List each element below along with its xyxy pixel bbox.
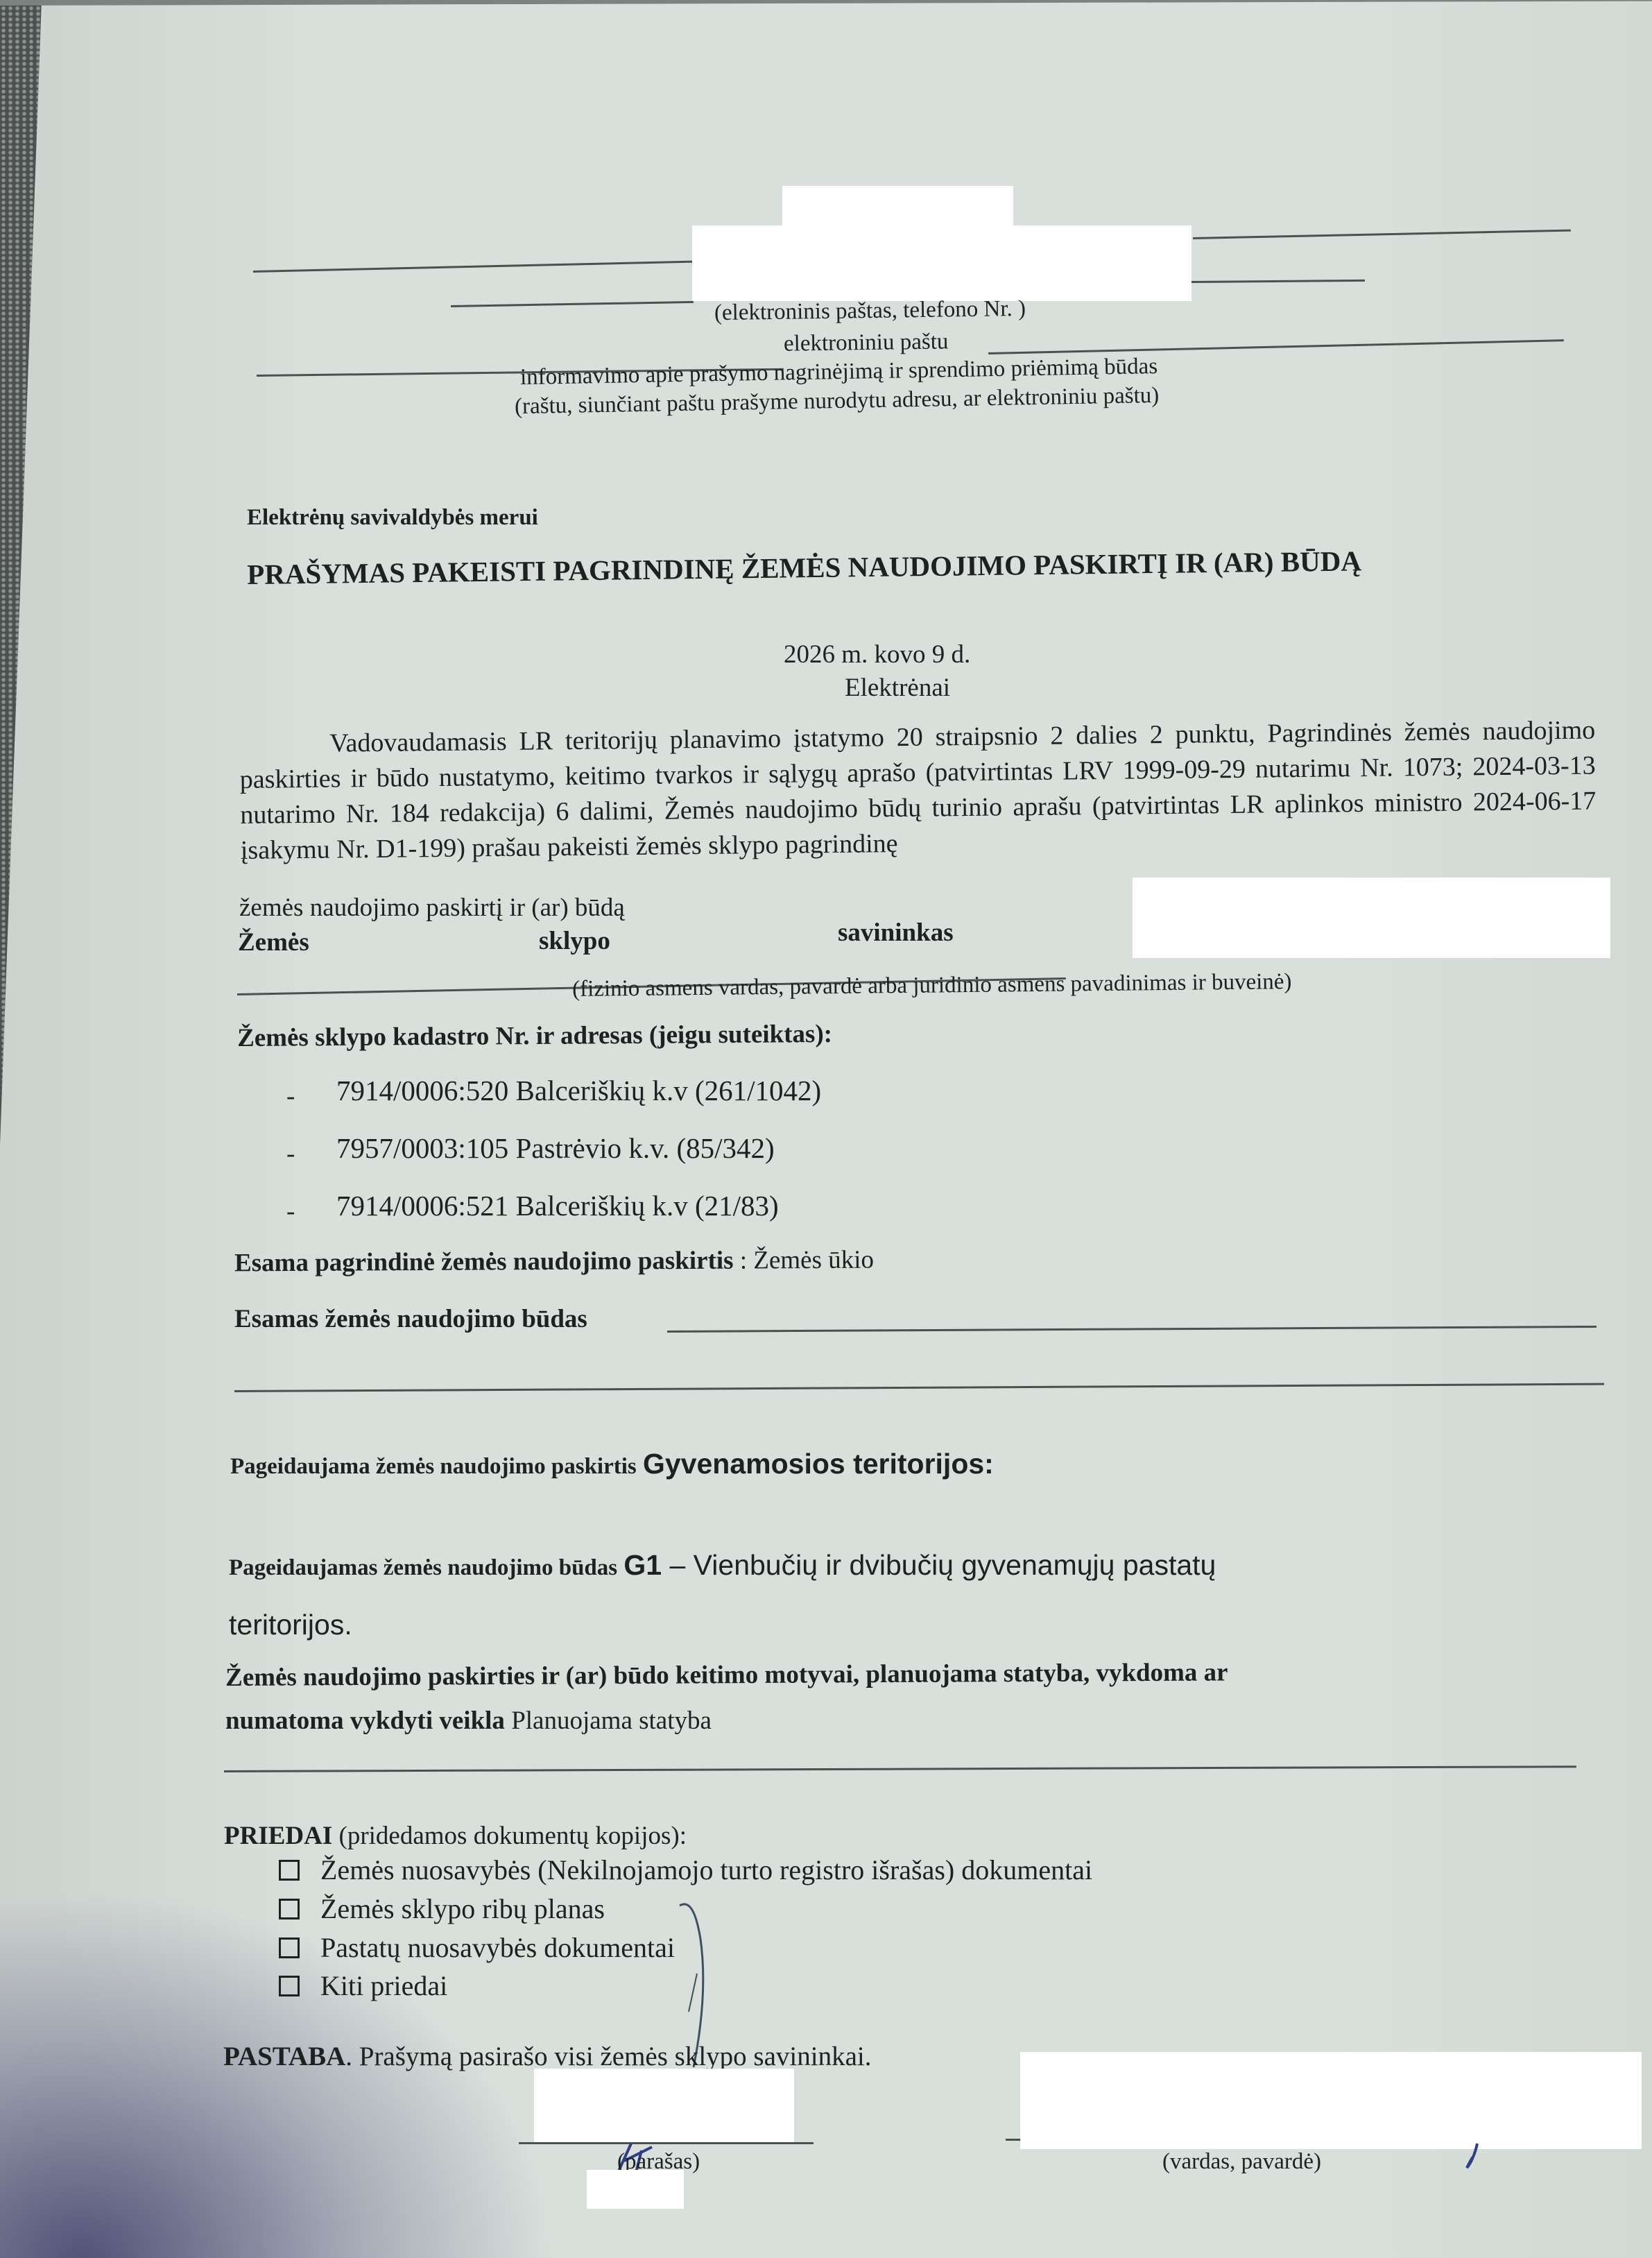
attachment-label: Žemės sklypo ribų planas [320,1893,605,1924]
attachment-item[interactable]: Pastatų nuosavybės dokumentai [279,1934,675,1962]
attachments-note: (pridedamos dokumentų kopijos): [332,1822,687,1850]
current-purpose-value: : Žemės ūkio [733,1246,874,1275]
attachment-item[interactable]: Žemės nuosavybės (Nekilnojamojo turto re… [279,1856,1092,1884]
check-mark [1460,2140,1488,2175]
redaction-box [1020,2052,1642,2149]
attachment-checkbox[interactable] [279,1860,300,1881]
note-text: . Prašymą pasirašo visi žemės sklypo sav… [345,2042,871,2071]
current-purpose: Esama pagrindinė žemės naudojimo paskirt… [234,1247,874,1276]
desired-purpose-value: Gyvenamosios teritorijos: [643,1448,994,1480]
motives-label-2: numatoma vykdyti veikla [225,1707,505,1735]
request-paragraph: Vadovaudamasis LR teritorijų planavimo į… [239,713,1597,869]
current-method-label: Esamas žemės naudojimo būdas [234,1306,587,1332]
redaction-box [534,2069,794,2144]
note-label: PASTABA [223,2042,345,2071]
owner-label-word-2: sklypo [539,928,610,954]
motives-label-1: Žemės naudojimo paskirties ir (ar) būdo … [225,1659,1228,1691]
request-paragraph-end: žemės naudojimo paskirtį ir (ar) būdą [239,895,625,921]
cadastre-label: Žemės sklypo kadastro Nr. ir adresas (je… [237,1021,832,1051]
attachment-checkbox[interactable] [279,1976,300,1996]
list-bullet: - [286,1141,295,1167]
attachment-checkbox[interactable] [279,1938,300,1958]
desired-method-value: – Vienbučių ir dvibučių gyvenamųjų pasta… [662,1549,1216,1581]
attachment-checkbox[interactable] [279,1899,300,1919]
list-bullet: - [286,1084,295,1109]
redaction-box [1133,878,1610,958]
redaction-box [782,186,1013,228]
current-purpose-label: Esama pagrindinė žemės naudojimo paskirt… [234,1247,734,1278]
owner-label-word-1: Žemės [238,930,309,955]
document-place: Elektrėnai [845,675,950,701]
cadastre-item: 7957/0003:105 Pastrėvio k.v. (85/342) [336,1134,775,1163]
document-date: 2026 m. kovo 9 d. [784,642,970,667]
delivery-method-value: elektroniniu paštu [784,330,949,355]
attachment-label: Kiti priedai [320,1970,447,2001]
cadastre-item: 7914/0006:520 Balceriškių k.v (261/1042) [336,1077,821,1105]
contact-caption: (elektroninis paštas, telefono Nr. ) [714,298,1026,325]
motives-value: Planuojama statyba [505,1707,712,1735]
attachments-label: PRIEDAI [224,1822,332,1850]
motives-line-2: numatoma vykdyti veikla Planuojama staty… [225,1708,712,1734]
attachment-item[interactable]: Žemės sklypo ribų planas [279,1895,605,1923]
list-bullet: - [286,1199,295,1224]
attachment-label: Pastatų nuosavybės dokumentai [320,1932,675,1963]
addressee: Elektrėnų savivaldybės merui [247,506,538,529]
redaction-box [587,2170,684,2209]
note: PASTABA. Prašymą pasirašo visi žemės skl… [223,2043,871,2070]
redaction-box [692,225,1191,301]
name-caption: (vardas, pavardė) [1162,2150,1321,2173]
desired-method-value-cont: teritorijos. [229,1611,352,1639]
desired-purpose: Pageidaujama žemės naudojimo paskirtis G… [230,1450,994,1478]
attachment-label: Žemės nuosavybės (Nekilnojamojo turto re… [320,1854,1092,1885]
attachments-heading: PRIEDAI (pridedamos dokumentų kopijos): [224,1823,687,1849]
desired-method-label: Pageidaujamas žemės naudojimo būdas [229,1555,617,1580]
cadastre-item: 7914/0006:521 Balceriškių k.v (21/83) [336,1192,779,1220]
attachment-item[interactable]: Kiti priedai [279,1972,447,2000]
request-paragraph-text: Vadovaudamasis LR teritorijų planavimo į… [240,716,1597,865]
desired-method: Pageidaujamas žemės naudojimo būdas G1 –… [229,1551,1216,1580]
owner-label-word-3: savininkas [838,920,954,946]
desired-purpose-label: Pageidaujama žemės naudojimo paskirtis [230,1454,637,1479]
desired-method-code: G1 [623,1549,662,1581]
